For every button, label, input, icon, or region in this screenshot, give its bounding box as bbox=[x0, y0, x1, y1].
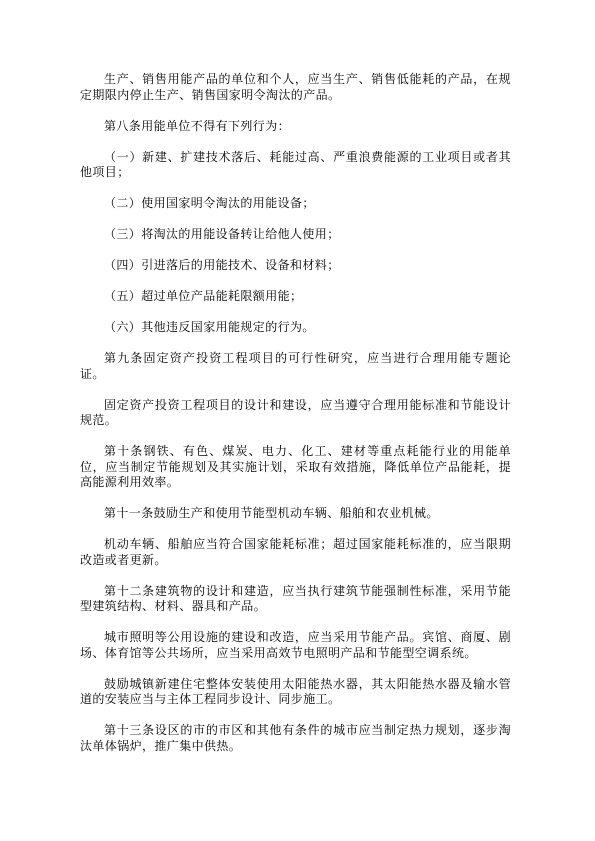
paragraph-article-8-item-1: （一）新建、扩建技术落后、耗能过高、严重浪费能源的工业项目或者其他项目； bbox=[80, 150, 511, 181]
paragraph-article-12-cont-1: 城市照明等公用设施的建设和改造，应当采用节能产品。宾馆、商厦、剧场、体育馆等公共… bbox=[80, 630, 511, 661]
paragraph-article-8-item-6: （六）其他违反国家用能规定的行为。 bbox=[80, 320, 511, 336]
paragraph-article-8-item-3: （三）将淘汰的用能设备转让给他人使用； bbox=[80, 227, 511, 243]
paragraph-article-12-cont-2: 鼓励城镇新建住宅整体安装使用太阳能热水器，其太阳能热水器及输水管道的安装应当与主… bbox=[80, 677, 511, 708]
paragraph-article-8: 第八条用能单位不得有下列行为： bbox=[80, 119, 511, 135]
paragraph-article-10: 第十条钢铁、有色、煤炭、电力、化工、建材等重点耗能行业的用能单位，应当制定节能规… bbox=[80, 444, 511, 491]
document-page: 生产、销售用能产品的单位和个人，应当生产、销售低能耗的产品，在规定期限内停止生产… bbox=[0, 0, 595, 841]
paragraph-article-12: 第十二条建筑物的设计和建造，应当执行建筑节能强制性标准，采用节能型建筑结构、材料… bbox=[80, 584, 511, 615]
paragraph-article-9: 第九条固定资产投资工程项目的可行性研究，应当进行合理用能专题论证。 bbox=[80, 351, 511, 382]
paragraph-article-11-cont: 机动车辆、船舶应当符合国家能耗标准；超过国家能耗标准的，应当限期改造或者更新。 bbox=[80, 537, 511, 568]
paragraph-article-8-item-2: （二）使用国家明令淘汰的用能设备； bbox=[80, 196, 511, 212]
paragraph-article-11: 第十一条鼓励生产和使用节能型机动车辆、船舶和农业机械。 bbox=[80, 506, 511, 522]
paragraph-article-8-item-4: （四）引进落后的用能技术、设备和材料； bbox=[80, 258, 511, 274]
paragraph-article-8-item-5: （五）超过单位产品能耗限额用能； bbox=[80, 289, 511, 305]
paragraph-article-9-cont: 固定资产投资工程项目的设计和建设，应当遵守合理用能标准和节能设计规范。 bbox=[80, 398, 511, 429]
paragraph-article-13: 第十三条设区的市的市区和其他有条件的城市应当制定热力规划，逐步淘汰单体锅炉，推广… bbox=[80, 723, 511, 754]
paragraph-intro: 生产、销售用能产品的单位和个人，应当生产、销售低能耗的产品，在规定期限内停止生产… bbox=[80, 72, 511, 103]
